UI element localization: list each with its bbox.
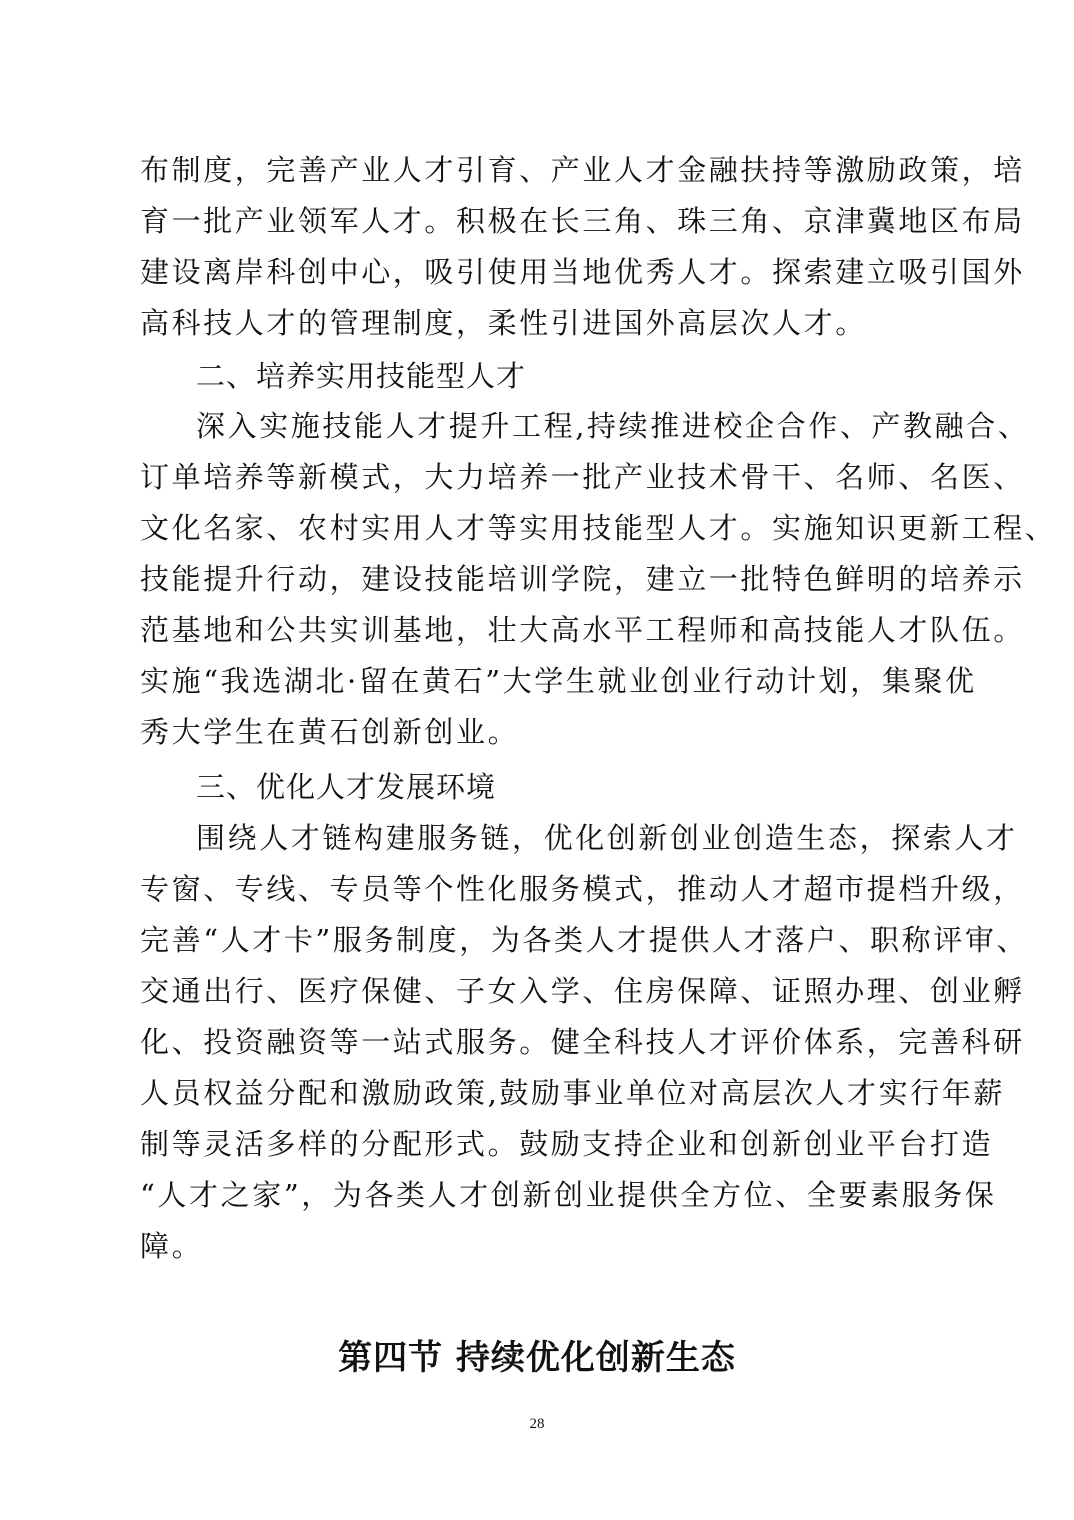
paragraph-line: 秀大学生在黄石创新创业。 [140, 712, 940, 752]
paragraph-line: 专窗、专线、专员等个性化服务模式，推动人才超市提档升级， [140, 869, 940, 909]
paragraph-line: 建设离岸科创中心，吸引使用当地优秀人才。探索建立吸引国外 [140, 252, 940, 292]
paragraph-line: 高科技人才的管理制度，柔性引进国外高层次人才。 [140, 303, 940, 343]
paragraph-line: 技能提升行动，建设技能培训学院，建立一批特色鲜明的培养示 [140, 559, 940, 599]
paragraph-line: 实施“我选湖北·留在黄石”大学生就业创业行动计划，集聚优 [140, 661, 940, 701]
paragraph-line: 交通出行、医疗保健、子女入学、住房保障、证照办理、创业孵 [140, 971, 940, 1011]
paragraph-line: 围绕人才链构建服务链，优化创新创业创造生态，探索人才 [196, 818, 946, 858]
paragraph-line: 人员权益分配和激励政策,鼓励事业单位对高层次人才实行年薪 [140, 1073, 940, 1113]
paragraph-line: 障。 [140, 1226, 940, 1266]
paragraph-line: 化、投资融资等一站式服务。健全科技人才评价体系，完善科研 [140, 1022, 940, 1062]
paragraph-line: 范基地和公共实训基地，壮大高水平工程师和高技能人才队伍。 [140, 610, 940, 650]
paragraph-line: “人才之家”，为各类人才创新创业提供全方位、全要素服务保 [140, 1175, 940, 1215]
paragraph-line: 制等灵活多样的分配形式。鼓励支持企业和创新创业平台打造 [140, 1124, 940, 1164]
section-title: 第四节 持续优化创新生态 [0, 1330, 1074, 1379]
paragraph-line: 订单培养等新模式，大力培养一批产业技术骨干、名师、名医、 [140, 457, 940, 497]
subheading-2: 二、培养实用技能型人才 [196, 356, 526, 396]
subheading-3: 三、优化人才发展环境 [196, 767, 496, 807]
page-number: 28 [0, 1416, 1074, 1433]
paragraph-line: 布制度，完善产业人才引育、产业人才金融扶持等激励政策，培 [140, 150, 940, 190]
paragraph-line: 文化名家、农村实用人才等实用技能型人才。实施知识更新工程、 [140, 508, 940, 548]
paragraph-line: 深入实施技能人才提升工程,持续推进校企合作、产教融合、 [196, 406, 946, 446]
paragraph-line: 完善“人才卡”服务制度，为各类人才提供人才落户、职称评审、 [140, 920, 940, 960]
paragraph-line: 育一批产业领军人才。积极在长三角、珠三角、京津冀地区布局 [140, 201, 940, 241]
